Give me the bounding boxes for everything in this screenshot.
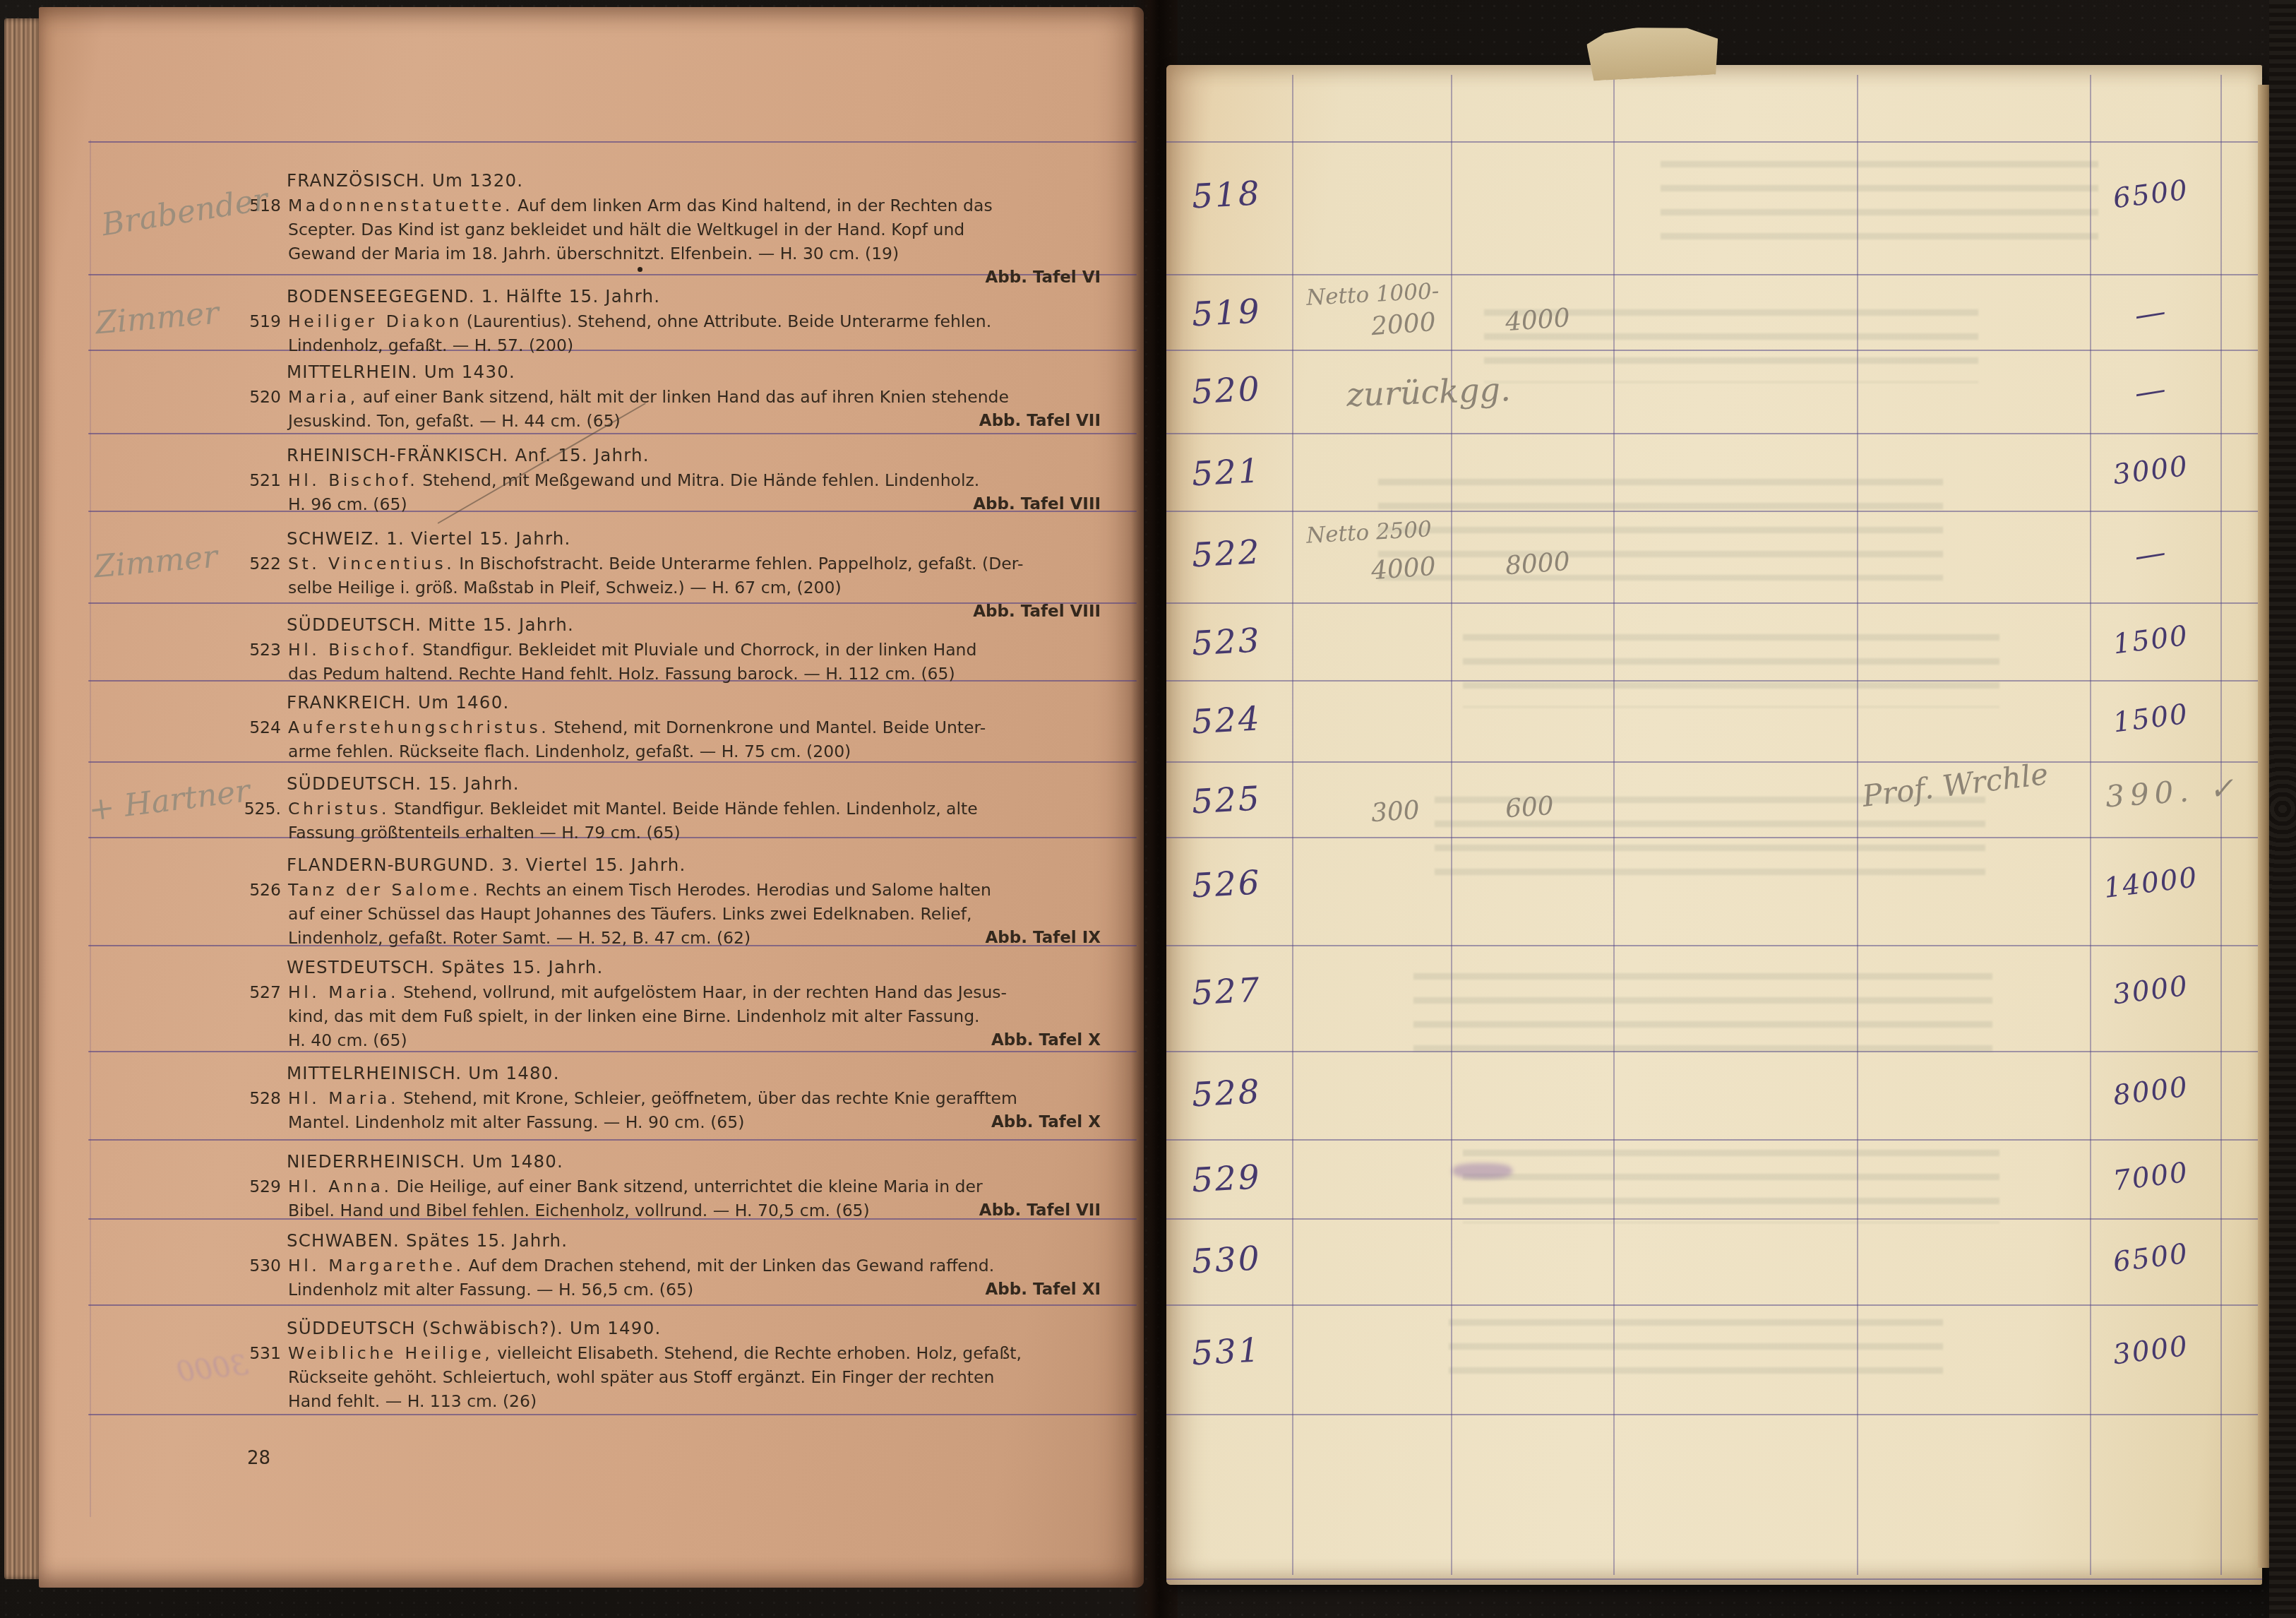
plate-reference: Abb. Tafel X bbox=[991, 1110, 1101, 1134]
bleed-through-text bbox=[1413, 962, 1992, 1054]
bid-note-col2b: 2000 bbox=[1370, 308, 1437, 341]
entry-line: auf einer Schüssel das Haupt Johannes de… bbox=[240, 902, 1105, 926]
entry-line: Jesuskind. Ton, gefaßt. — H. 44 cm. (65) bbox=[240, 409, 1105, 433]
entry-header: SÜDDEUTSCH (Schwäbisch?). Um 1490. bbox=[287, 1316, 1105, 1341]
bleed-through-text bbox=[1378, 468, 1943, 581]
lot-title: Hl. Maria. bbox=[288, 1088, 399, 1108]
entry-line: 527Hl. Maria.Stehend, vollrund, mit aufg… bbox=[240, 980, 1105, 1004]
lot-title: Hl. Anna. bbox=[288, 1177, 392, 1196]
entry-line: das Pedum haltend. Rechte Hand fehlt. Ho… bbox=[240, 662, 1105, 686]
entry-line: 526Tanz der Salome.Rechts an einem Tisch… bbox=[240, 878, 1105, 902]
hammer-price: — bbox=[2083, 526, 2218, 582]
entry-line: 520Maria,auf einer Bank sitzend, hält mi… bbox=[240, 385, 1105, 409]
lot-number: 520 bbox=[240, 385, 281, 409]
hammer-price: 3000 bbox=[2084, 447, 2218, 494]
catalog-entry: SÜDDEUTSCH. 15. Jahrh.525.Christus.Stand… bbox=[240, 771, 1105, 845]
hammer-price: 3000 bbox=[2084, 967, 2218, 1014]
hammer-price: 1500 bbox=[2084, 617, 2218, 664]
entry-header: SÜDDEUTSCH. 15. Jahrh. bbox=[287, 771, 1105, 797]
entry-header: RHEINISCH-FRÄNKISCH. Anf. 15. Jahrh. bbox=[287, 443, 1105, 468]
catalog-entry: NIEDERRHEINISCH. Um 1480.529Hl. Anna.Die… bbox=[240, 1149, 1105, 1223]
ledger-row-rule bbox=[1166, 1414, 2262, 1415]
ledger-row-rule bbox=[1166, 945, 2262, 946]
lot-number: 526 bbox=[240, 878, 281, 902]
entry-line: 519Heiliger Diakon(Laurentius). Stehend,… bbox=[240, 309, 1105, 333]
catalog-entry: SCHWABEN. Spätes 15. Jahrh.530Hl. Margar… bbox=[240, 1228, 1105, 1302]
lot-title: Weibliche Heilige, bbox=[288, 1343, 493, 1363]
bid-note-col2b: 4000 bbox=[1370, 552, 1437, 585]
ledger-lot-number: 531 bbox=[1191, 1331, 1262, 1374]
ledger-row-rule bbox=[1166, 1578, 2262, 1580]
bleed-through-text bbox=[1449, 1308, 1943, 1386]
ledger-lot-number: 523 bbox=[1191, 621, 1262, 663]
catalog-entry: FRANKREICH. Um 1460.524Auferstehungschri… bbox=[240, 690, 1105, 763]
ledger-lot-number: 530 bbox=[1191, 1239, 1262, 1281]
lot-title: Maria, bbox=[288, 387, 359, 407]
lot-title: Christus. bbox=[288, 799, 390, 819]
hammer-price: 8000 bbox=[2084, 1068, 2218, 1115]
lot-number: 530 bbox=[240, 1254, 281, 1278]
entry-line: 528Hl. Maria.Stehend, mit Krone, Schleie… bbox=[240, 1086, 1105, 1110]
plate-reference: Abb. Tafel IX bbox=[985, 926, 1101, 950]
entry-separator-rule bbox=[88, 1414, 1137, 1415]
ledger-lot-number: 519 bbox=[1191, 292, 1262, 334]
entry-separator-rule bbox=[88, 433, 1137, 434]
entry-header: NIEDERRHEINISCH. Um 1480. bbox=[287, 1149, 1105, 1174]
entry-line: Scepter. Das Kind ist ganz bekleidet und… bbox=[240, 218, 1105, 242]
ink-smudge bbox=[1452, 1163, 1512, 1179]
entry-line: 522St. Vincentius.In Bischofstracht. Bei… bbox=[240, 552, 1105, 576]
lot-title: Heiliger Diakon bbox=[288, 311, 462, 331]
catalog-entry: SÜDDEUTSCH. Mitte 15. Jahrh.523Hl. Bisch… bbox=[240, 612, 1105, 686]
book-scan: FRANZÖSISCH. Um 1320.518Madonnenstatuett… bbox=[0, 0, 2296, 1618]
entry-header: WESTDEUTSCH. Spätes 15. Jahrh. bbox=[287, 955, 1105, 980]
returned-note: zurückgg. bbox=[1346, 370, 1511, 414]
margin-owner-note: + Hartner bbox=[87, 773, 252, 828]
entry-line: arme fehlen. Rückseite flach. Lindenholz… bbox=[240, 739, 1105, 763]
ledger-lot-number: 527 bbox=[1191, 970, 1262, 1013]
lot-number: 529 bbox=[240, 1174, 281, 1198]
catalog-entry: FLANDERN-BURGUND. 3. Viertel 15. Jahrh.5… bbox=[240, 852, 1105, 950]
bid-note-col3: 600 bbox=[1505, 792, 1555, 824]
ledger-page: 5186500519—Netto 1000-20004000520—zurück… bbox=[1166, 65, 2262, 1585]
ledger-lot-number: 520 bbox=[1191, 369, 1262, 412]
lot-title: Madonnenstatuette. bbox=[288, 196, 513, 215]
entry-header: SCHWEIZ. 1. Viertel 15. Jahrh. bbox=[287, 526, 1105, 552]
entry-separator-rule bbox=[88, 1304, 1137, 1306]
bid-note-col2b: 300 bbox=[1370, 796, 1421, 828]
lot-number: 522 bbox=[240, 552, 281, 576]
entry-line: Hand fehlt. — H. 113 cm. (26) bbox=[240, 1389, 1105, 1413]
catalog-entry: SÜDDEUTSCH (Schwäbisch?). Um 1490.531Wei… bbox=[240, 1316, 1105, 1413]
hammer-price: — bbox=[2083, 285, 2218, 341]
catalog-entry: MITTELRHEIN. Um 1430.520Maria,auf einer … bbox=[240, 359, 1105, 433]
ledger-row-rule bbox=[1166, 141, 2262, 143]
hammer-price: 3000 bbox=[2084, 1327, 2218, 1374]
hammer-price: 14000 bbox=[2084, 859, 2218, 907]
catalog-page: FRANZÖSISCH. Um 1320.518Madonnenstatuett… bbox=[39, 7, 1144, 1588]
hammer-price: 6500 bbox=[2084, 1235, 2218, 1282]
lot-number: 523 bbox=[240, 638, 281, 662]
entry-line: 521Hl. Bischof.Stehend, mit Meßgewand un… bbox=[240, 468, 1105, 492]
catalog-entry: BODENSEEGEGEND. 1. Hälfte 15. Jahrh.519H… bbox=[240, 284, 1105, 357]
ledger-lot-number: 529 bbox=[1191, 1158, 1262, 1201]
entry-line: 529Hl. Anna.Die Heilige, auf einer Bank … bbox=[240, 1174, 1105, 1198]
entry-line: kind, das mit dem Fuß spielt, in der lin… bbox=[240, 1004, 1105, 1028]
ledger-column-rule bbox=[2220, 75, 2222, 1575]
catalog-entry: FRANZÖSISCH. Um 1320.518Madonnenstatuett… bbox=[240, 168, 1105, 266]
lot-number: 521 bbox=[240, 468, 281, 492]
ledger-lot-number: 522 bbox=[1191, 533, 1262, 575]
bleed-through-text bbox=[1463, 1138, 1999, 1223]
entry-line: 523Hl. Bischof.Standfigur. Bekleidet mit… bbox=[240, 638, 1105, 662]
entry-header: MITTELRHEINISCH. Um 1480. bbox=[287, 1061, 1105, 1086]
lot-number: 519 bbox=[240, 309, 281, 333]
hammer-price: 6500 bbox=[2084, 171, 2218, 218]
entry-line: 530Hl. Margarethe.Auf dem Drachen stehen… bbox=[240, 1254, 1105, 1278]
lot-title: Tanz der Salome. bbox=[288, 880, 481, 900]
entry-header: SÜDDEUTSCH. Mitte 15. Jahrh. bbox=[287, 612, 1105, 638]
ledger-lot-number: 518 bbox=[1191, 174, 1262, 216]
ledger-column-rule bbox=[1292, 75, 1293, 1575]
ledger-lot-number: 524 bbox=[1191, 699, 1262, 742]
bleed-through-text bbox=[1661, 150, 2098, 256]
bid-note-col3: 4000 bbox=[1505, 304, 1571, 337]
catalog-entry: WESTDEUTSCH. Spätes 15. Jahrh.527Hl. Mar… bbox=[240, 955, 1105, 1052]
catalog-entry: MITTELRHEINISCH. Um 1480.528Hl. Maria.St… bbox=[240, 1061, 1105, 1134]
ledger-lot-number: 526 bbox=[1191, 863, 1262, 905]
lot-title: Hl. Bischof. bbox=[288, 640, 418, 660]
lot-title: St. Vincentius. bbox=[288, 554, 455, 573]
bleed-through-number: 3000 bbox=[175, 1349, 250, 1388]
entry-header: FRANKREICH. Um 1460. bbox=[287, 690, 1105, 715]
entry-line: H. 40 cm. (65) bbox=[240, 1028, 1105, 1052]
entry-header: BODENSEEGEGEND. 1. Hälfte 15. Jahrh. bbox=[287, 284, 1105, 309]
bid-note-col2: Netto 1000- bbox=[1305, 278, 1440, 311]
entry-header: FLANDERN-BURGUND. 3. Viertel 15. Jahrh. bbox=[287, 852, 1105, 878]
entry-separator-rule bbox=[88, 274, 1137, 275]
hammer-price: — bbox=[2083, 363, 2218, 419]
catalog-entry: SCHWEIZ. 1. Viertel 15. Jahrh.522St. Vin… bbox=[240, 526, 1105, 600]
lot-title: Hl. Maria. bbox=[288, 982, 399, 1002]
ledger-row-rule bbox=[1166, 274, 2262, 275]
entry-line: Mantel. Lindenholz mit alter Fassung. — … bbox=[240, 1110, 1105, 1134]
lot-title: Hl. Bischof. bbox=[288, 470, 418, 490]
hammer-price: 1500 bbox=[2084, 695, 2218, 742]
entry-header: MITTELRHEIN. Um 1430. bbox=[287, 359, 1105, 385]
entry-line: 518Madonnenstatuette.Auf dem linken Arm … bbox=[240, 194, 1105, 218]
entry-header: FRANZÖSISCH. Um 1320. bbox=[287, 168, 1105, 194]
bleed-through-text bbox=[1463, 623, 1999, 708]
ledger-lot-number: 528 bbox=[1191, 1072, 1262, 1114]
margin-owner-note: Zimmer bbox=[92, 538, 219, 585]
paper-tab bbox=[1586, 23, 1720, 81]
entry-line: Lindenholz, gefaßt. — H. 57. (200) bbox=[240, 333, 1105, 357]
entry-line: Rückseite gehöht. Schleiertuch, wohl spä… bbox=[240, 1365, 1105, 1389]
entry-line: 525.Christus.Standfigur. Bekleidet mit M… bbox=[240, 797, 1105, 821]
page-number: 28 bbox=[247, 1448, 270, 1469]
catalog-entry: RHEINISCH-FRÄNKISCH. Anf. 15. Jahrh.521H… bbox=[240, 443, 1105, 516]
entry-separator-rule bbox=[88, 141, 1137, 143]
plate-reference: Abb. Tafel VIII bbox=[973, 492, 1101, 516]
ledger-row-rule bbox=[1166, 1304, 2262, 1306]
book-cover bbox=[2269, 0, 2296, 1618]
ink-speck bbox=[638, 267, 642, 272]
ledger-lot-number: 525 bbox=[1191, 779, 1262, 821]
lot-number: 527 bbox=[240, 980, 281, 1004]
entry-separator-rule bbox=[88, 1139, 1137, 1141]
margin-owner-note: Zimmer bbox=[94, 295, 220, 341]
lot-number: 524 bbox=[240, 715, 281, 739]
entry-line: Lindenholz, gefaßt. Roter Samt. — H. 52,… bbox=[240, 926, 1105, 950]
entry-line: 524Auferstehungschristus.Stehend, mit Do… bbox=[240, 715, 1105, 739]
lot-title: Hl. Margarethe. bbox=[288, 1256, 465, 1275]
entry-line: Bibel. Hand und Bibel fehlen. Eichenholz… bbox=[240, 1198, 1105, 1223]
plate-reference: Abb. Tafel XI bbox=[985, 1278, 1101, 1302]
lot-title: Auferstehungschristus. bbox=[288, 718, 549, 737]
entry-line: selbe Heilige i. größ. Maßstab in Pleif,… bbox=[240, 576, 1105, 600]
bid-note-col3: 8000 bbox=[1505, 547, 1571, 580]
ledger-row-rule bbox=[1166, 433, 2262, 434]
ledger-lot-number: 521 bbox=[1191, 451, 1262, 494]
plate-reference: Abb. Tafel X bbox=[991, 1028, 1101, 1052]
plate-reference: Abb. Tafel VII bbox=[979, 409, 1101, 433]
entry-line: Fassung größtenteils erhalten — H. 79 cm… bbox=[240, 821, 1105, 845]
ledger-row-rule bbox=[1166, 602, 2262, 604]
ledger-row-rule bbox=[1166, 761, 2262, 763]
plate-reference: Abb. Tafel VII bbox=[979, 1198, 1101, 1223]
entry-line: Lindenholz mit alter Fassung. — H. 56,5 … bbox=[240, 1278, 1105, 1302]
margin-rule bbox=[90, 140, 91, 1517]
entry-header: SCHWABEN. Spätes 15. Jahrh. bbox=[287, 1228, 1105, 1254]
entry-line: Gewand der Maria im 18. Jahrh. überschni… bbox=[240, 242, 1105, 266]
lot-number: 528 bbox=[240, 1086, 281, 1110]
hammer-price: 7000 bbox=[2084, 1153, 2218, 1201]
entry-line: 531Weibliche Heilige,vielleicht Elisabet… bbox=[240, 1341, 1105, 1365]
